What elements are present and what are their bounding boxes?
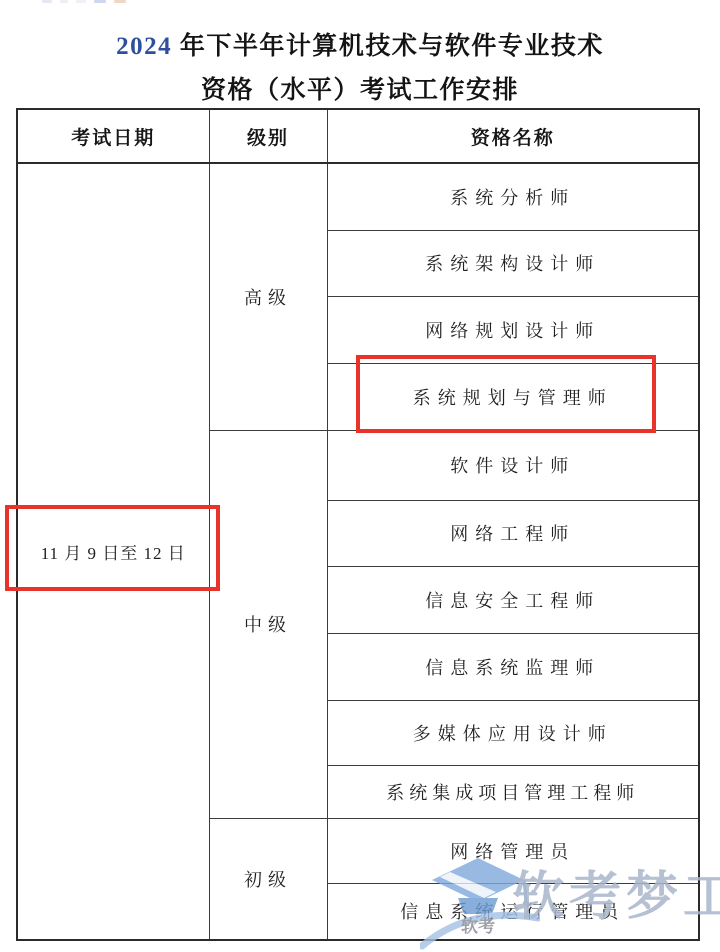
qualification-cell: 信息系统运行管理员	[327, 883, 699, 940]
qualification-cell: 多媒体应用设计师	[327, 700, 699, 765]
qualification-cell: 软件设计师	[327, 430, 699, 500]
qualification-cell: 网络管理员	[327, 818, 699, 883]
header-exam-date: 考试日期	[17, 109, 209, 163]
table-header-row: 考试日期 级别 资格名称	[17, 109, 699, 163]
level-cell-senior: 高级	[209, 163, 327, 430]
page-edge-artifact	[42, 0, 162, 4]
title-rest: 年下半年计算机技术与软件专业技术	[172, 33, 604, 60]
header-level: 级别	[209, 109, 327, 163]
highlight-box-exam-date	[5, 505, 220, 591]
qualification-cell: 系统分析师	[327, 163, 699, 230]
highlight-box-qualification	[356, 355, 656, 433]
qualification-cell: 信息系统监理师	[327, 633, 699, 700]
document-title-line1: 2024 年下半年计算机技术与软件专业技术	[0, 26, 720, 62]
document-title-line2: 资格（水平）考试工作安排	[0, 70, 720, 106]
header-qualification-name: 资格名称	[327, 109, 699, 163]
qualification-cell: 系统架构设计师	[327, 230, 699, 296]
page: { "page": { "title_line1_year": "2024", …	[0, 0, 720, 952]
qualification-cell: 网络规划设计师	[327, 296, 699, 363]
level-cell-junior: 初级	[209, 818, 327, 940]
level-cell-intermediate: 中级	[209, 430, 327, 818]
qualification-cell: 网络工程师	[327, 500, 699, 566]
title-year: 2024	[116, 33, 172, 60]
qualification-cell: 信息安全工程师	[327, 566, 699, 633]
qualification-cell: 系统集成项目管理工程师	[327, 765, 699, 818]
table-row: 11 月 9 日至 12 日 高级 系统分析师	[17, 163, 699, 230]
